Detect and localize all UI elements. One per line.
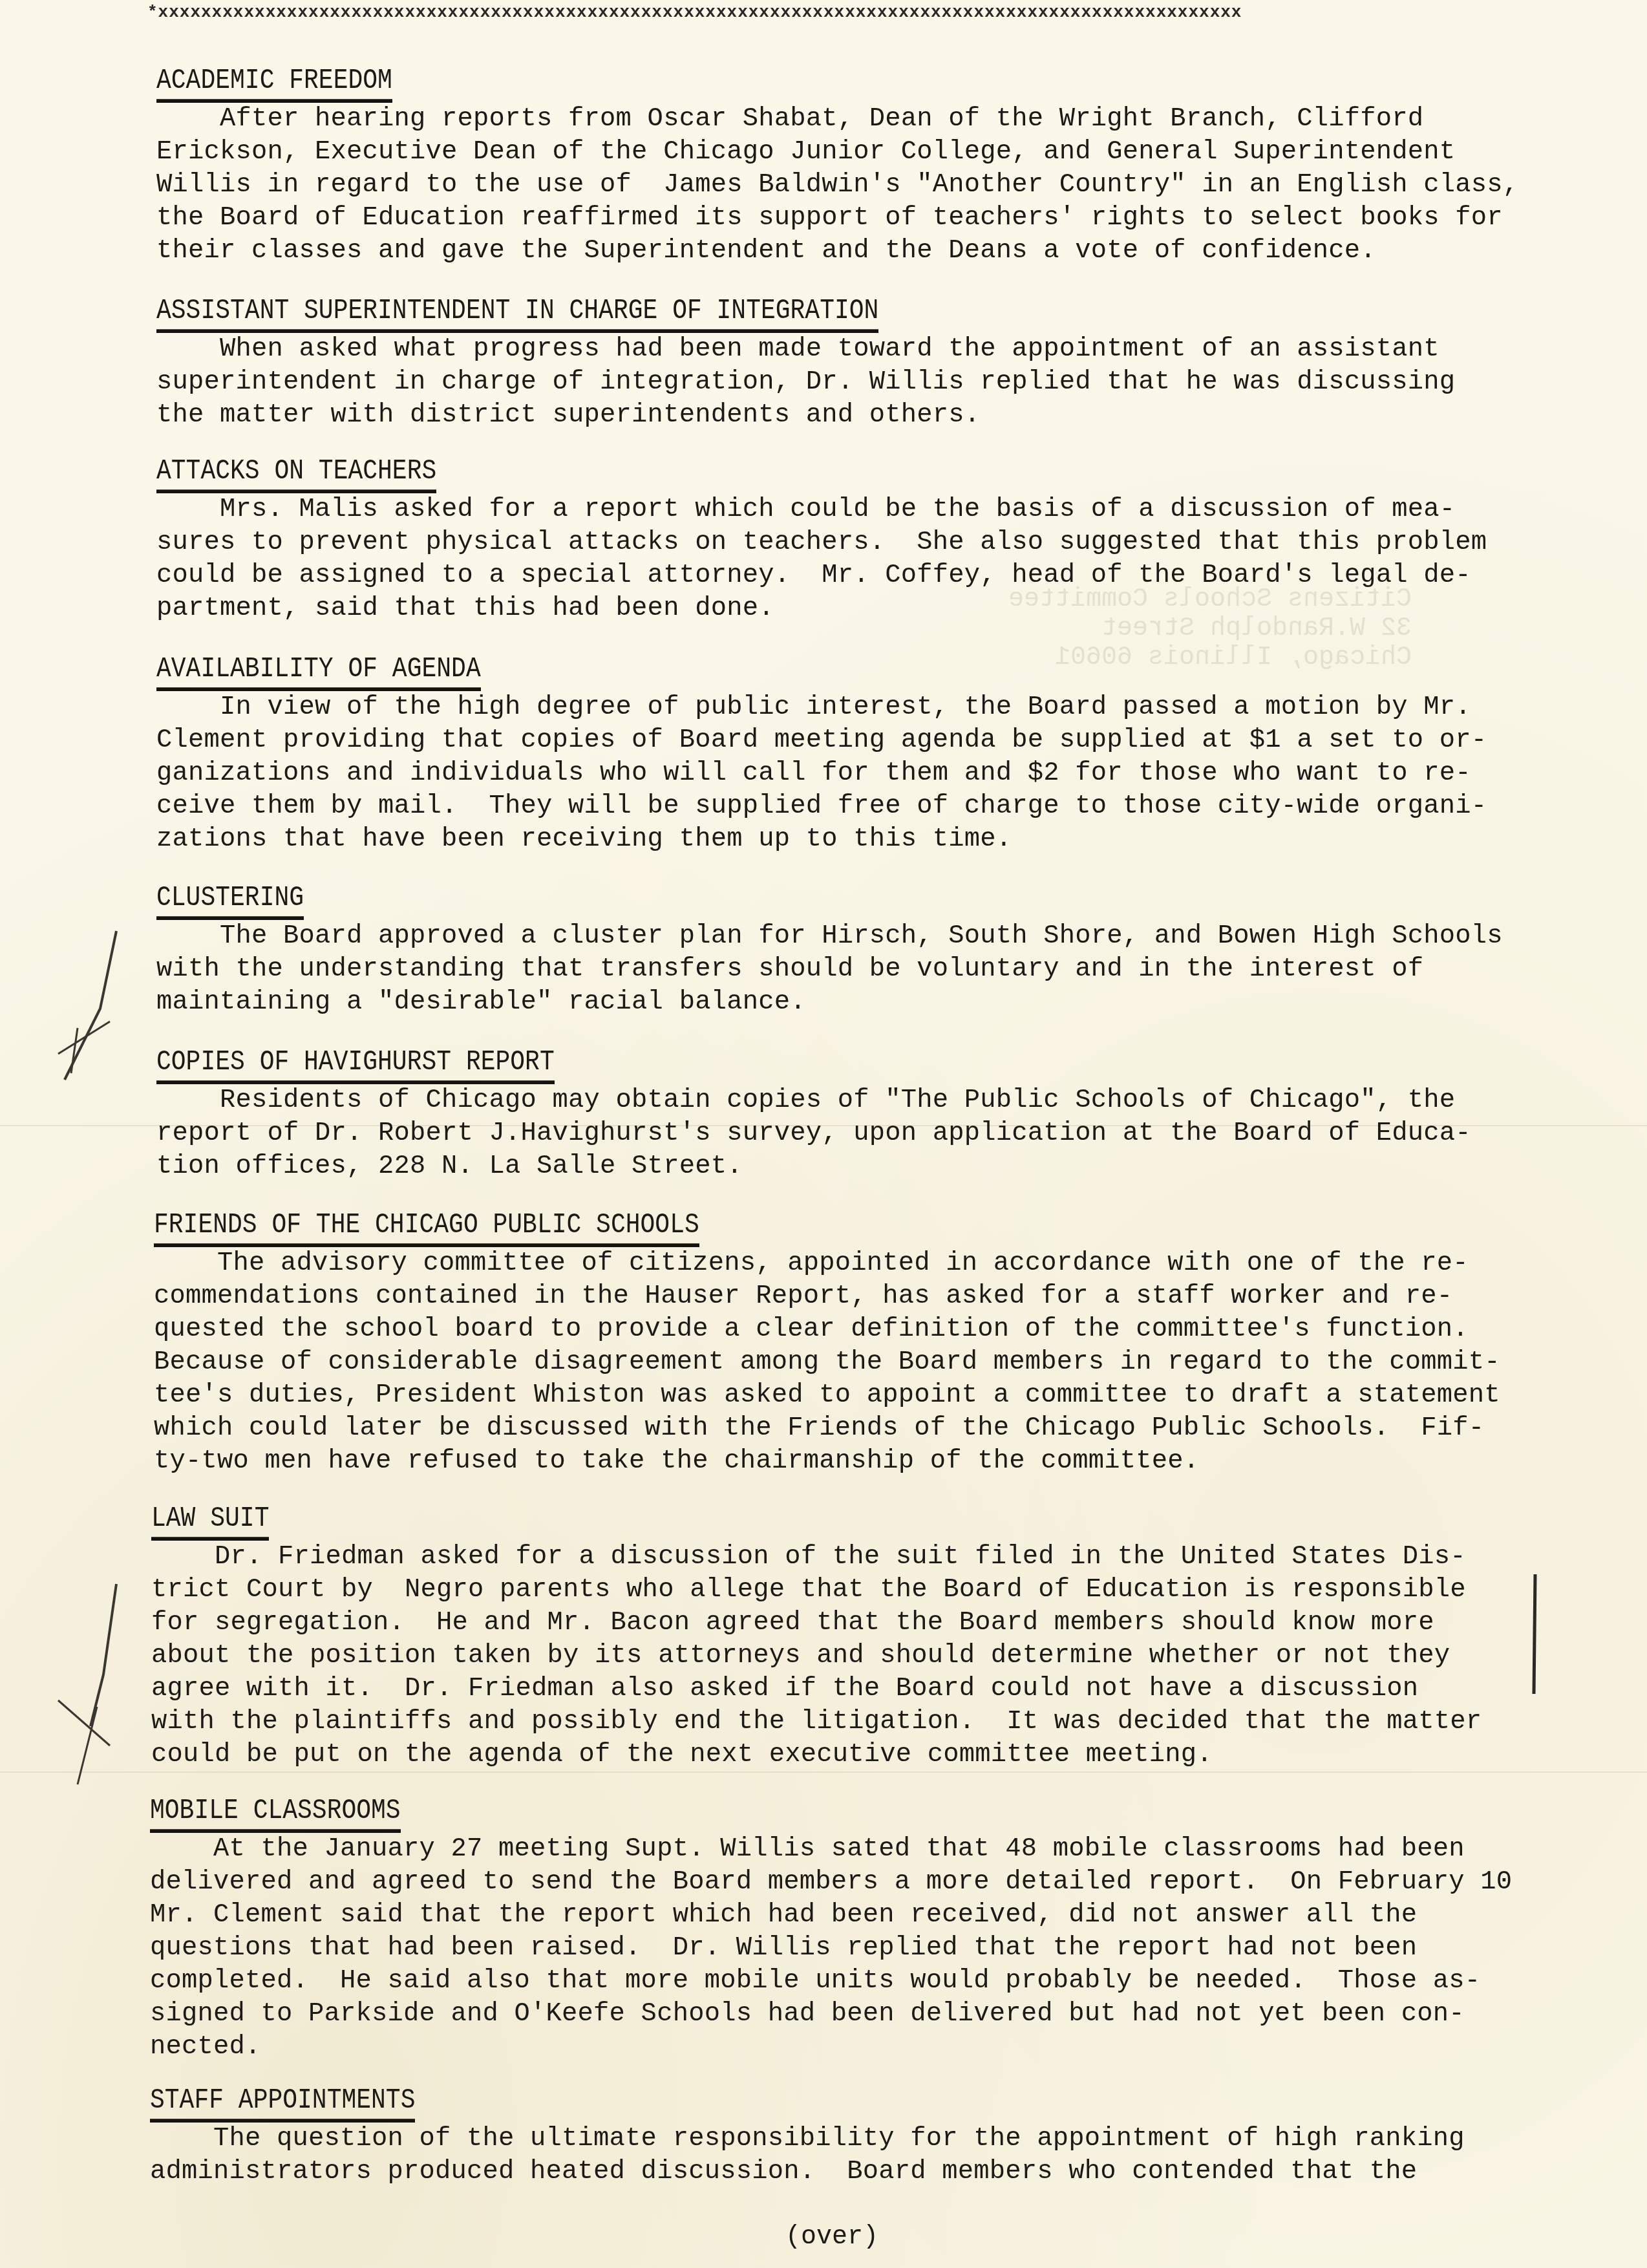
section-attacks-on-teachers: ATTACKS ON TEACHERS Mrs. Malis asked for…: [156, 460, 1540, 625]
section-heading: STAFF APPOINTMENTS: [150, 2084, 415, 2123]
section-staff-appointments: STAFF APPOINTMENTS The question of the u…: [150, 2090, 1533, 2188]
section-body: After hearing reports from Oscar Shabat,…: [156, 103, 1540, 268]
section-body: Dr. Friedman asked for a discussion of t…: [151, 1541, 1535, 1771]
section-body: The Board approved a cluster plan for Hi…: [156, 920, 1540, 1019]
section-body: Residents of Chicago may obtain copies o…: [156, 1084, 1540, 1183]
section-body: In view of the high degree of public int…: [156, 691, 1540, 856]
section-clustering: CLUSTERING The Board approved a cluster …: [156, 887, 1540, 1019]
section-body: The advisory committee of citizens, appo…: [154, 1247, 1537, 1478]
section-heading: ASSISTANT SUPERINTENDENT IN CHARGE OF IN…: [156, 295, 878, 333]
section-copies-of-havighurst-report: COPIES OF HAVIGHURST REPORT Residents of…: [156, 1051, 1540, 1183]
section-heading: CLUSTERING: [156, 882, 304, 920]
section-heading: FRIENDS OF THE CHICAGO PUBLIC SCHOOLS: [154, 1209, 699, 1247]
section-heading: LAW SUIT: [151, 1503, 269, 1541]
section-heading: AVAILABILITY OF AGENDA: [156, 653, 481, 691]
section-heading: ACADEMIC FREEDOM: [156, 65, 392, 103]
section-heading: COPIES OF HAVIGHURST REPORT: [156, 1046, 555, 1084]
section-academic-freedom: ACADEMIC FREEDOM After hearing reports f…: [156, 70, 1540, 268]
section-assistant-superintendent: ASSISTANT SUPERINTENDENT IN CHARGE OF IN…: [156, 300, 1540, 432]
section-availability-of-agenda: AVAILABILITY OF AGENDA In view of the hi…: [156, 658, 1540, 856]
section-friends-of-chicago-public-schools: FRIENDS OF THE CHICAGO PUBLIC SCHOOLS Th…: [154, 1214, 1537, 1478]
section-heading: ATTACKS ON TEACHERS: [156, 455, 436, 493]
section-mobile-classrooms: MOBILE CLASSROOMS At the January 27 meet…: [150, 1800, 1533, 2064]
section-heading: MOBILE CLASSROOMS: [150, 1795, 401, 1833]
section-body: The question of the ultimate responsibil…: [150, 2123, 1533, 2188]
paper-fold-line: [0, 1771, 1647, 1773]
section-body: At the January 27 meeting Supt. Willis s…: [150, 1833, 1533, 2064]
section-body: Mrs. Malis asked for a report which coul…: [156, 493, 1540, 625]
section-law-suit: LAW SUIT Dr. Friedman asked for a discus…: [151, 1508, 1535, 1771]
top-border: *xxxxxxxxxxxxxxxxxxxxxxxxxxxxxxxxxxxxxxx…: [147, 3, 1550, 22]
section-body: When asked what progress had been made t…: [156, 333, 1540, 432]
page-footer-over: (over): [785, 2223, 878, 2252]
